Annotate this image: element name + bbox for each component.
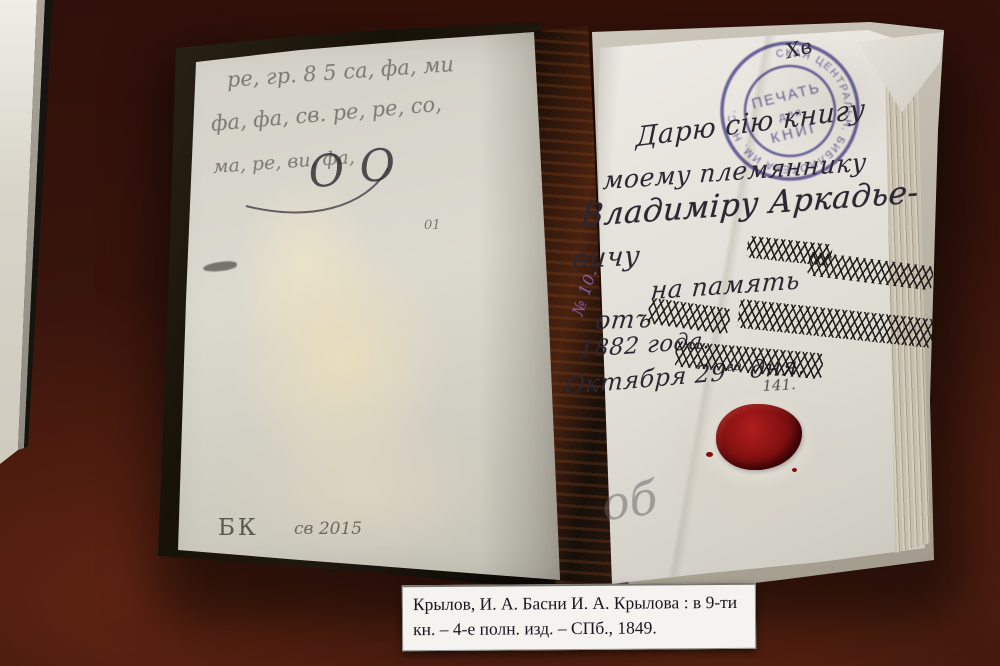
pencil-doodle: об — [598, 470, 661, 531]
faint-mark-01: 01 — [424, 218, 441, 233]
shelf-mark-bk: БК — [218, 515, 259, 541]
shelf-mark-sv2015: св 2015 — [294, 519, 362, 539]
inscription-line-6: отъ — [594, 304, 654, 335]
catalog-label-card: Крылов, И. А. Басни И. А. Крылова : в 9-… — [402, 583, 756, 651]
adjacent-book-edge — [0, 0, 60, 480]
photo-of-open-antique-book: ре, гр. 8 5 са, фа, ми фа, фа, св. ре, р… — [0, 0, 1000, 666]
catalog-label-line-1: Крылов, И. А. Басни И. А. Крылова : в 9-… — [413, 590, 745, 618]
catalog-label-line-2: кн. – 4-е полн. изд. – СПб., 1849. — [413, 615, 745, 643]
ink-flourish-oo: О О — [306, 139, 398, 199]
wax-speck — [792, 468, 797, 472]
wax-speck — [706, 452, 713, 457]
